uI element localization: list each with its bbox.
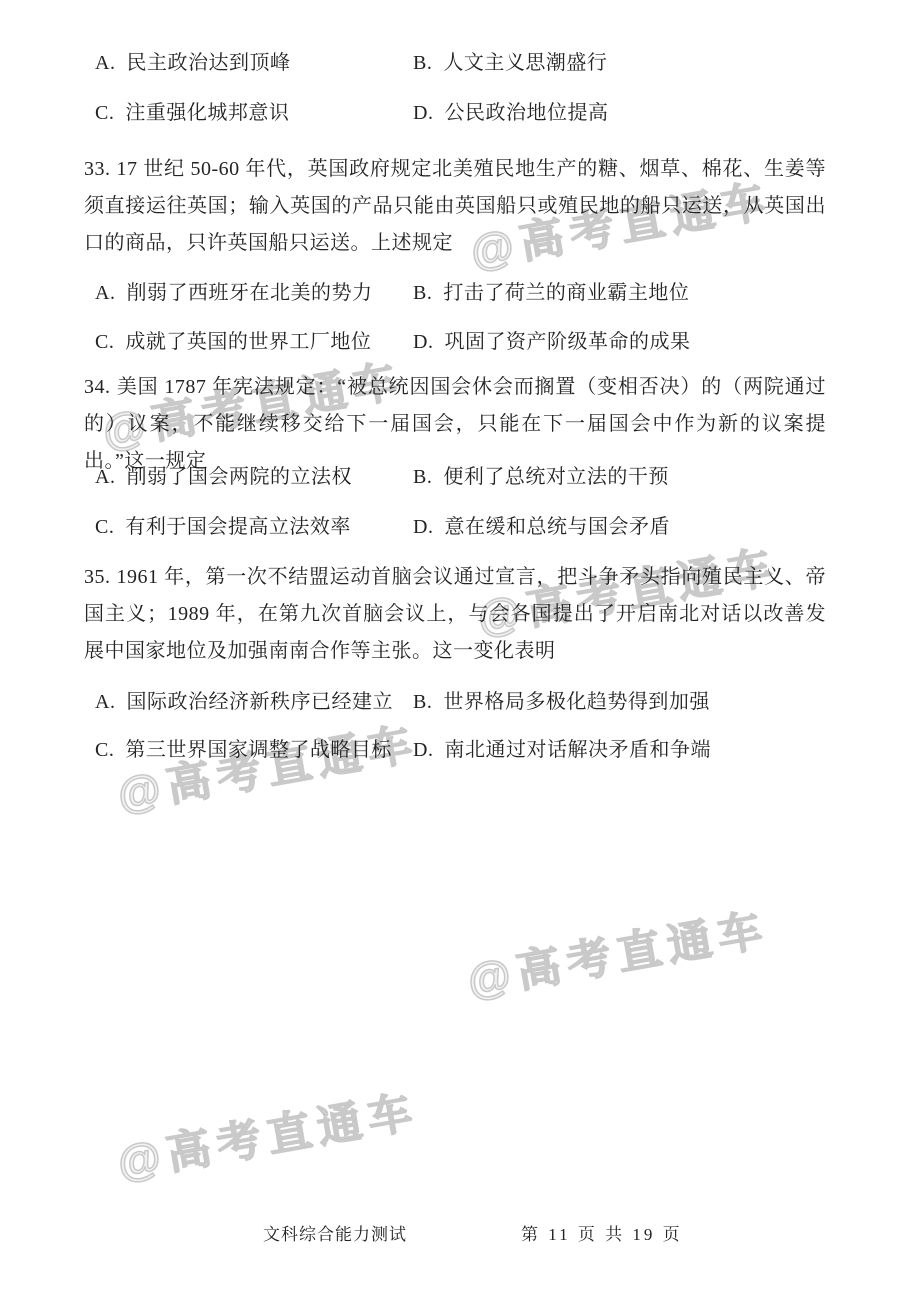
q33-option-b: B.打击了荷兰的商业霸主地位 <box>413 280 860 306</box>
option-text: 世界格局多极化趋势得到加强 <box>443 691 710 713</box>
watermark: @高考直通车 <box>462 893 773 1009</box>
option-text: 便利了总统对立法的干预 <box>443 466 669 488</box>
option-text: 公民政治地位提高 <box>444 102 608 124</box>
q35-option-b: B.世界格局多极化趋势得到加强 <box>413 689 860 715</box>
question-number: 33. <box>84 158 111 180</box>
footer-exam-title: 文科综合能力测试 <box>263 1220 407 1245</box>
option-text: 民主政治达到顶峰 <box>126 52 290 74</box>
question-number: 34. <box>84 376 111 398</box>
option-text: 巩固了资产阶级革命的成果 <box>444 331 690 353</box>
option-label: B. <box>413 282 432 304</box>
option-label: C. <box>95 331 114 353</box>
question-33-stem: 33.17 世纪 50-60 年代，英国政府规定北美殖民地生产的糖、烟草、棉花、… <box>84 151 826 262</box>
option-label: C. <box>95 516 114 538</box>
watermark: @高考直通车 <box>112 707 423 823</box>
option-label: A. <box>95 52 115 74</box>
q32-option-a: A.民主政治达到顶峰 <box>95 50 413 76</box>
option-label: B. <box>413 466 432 488</box>
option-label: B. <box>413 52 432 74</box>
q32-option-c: C.注重强化城邦意识 <box>95 100 413 126</box>
q35-option-d: D.南北通过对话解决矛盾和争端 <box>413 737 860 763</box>
footer-page-indicator: 第 11 页 共 19 页 <box>521 1220 683 1245</box>
q32-option-b: B.人文主义思潮盛行 <box>413 50 860 76</box>
option-text: 成就了英国的世界工厂地位 <box>125 331 371 353</box>
option-text: 南北通过对话解决矛盾和争端 <box>444 739 711 761</box>
option-text: 注重强化城邦意识 <box>125 102 289 124</box>
option-text: 有利于国会提高立法效率 <box>125 516 351 538</box>
question-text: 1961 年，第一次不结盟运动首脑会议通过宣言，把斗争矛头指向殖民主义、帝国主义… <box>84 566 826 662</box>
q32-option-d: D.公民政治地位提高 <box>413 100 860 126</box>
option-label: D. <box>413 331 433 353</box>
option-text: 削弱了西班牙在北美的势力 <box>126 282 372 304</box>
q33-option-d: D.巩固了资产阶级革命的成果 <box>413 329 860 355</box>
option-label: A. <box>95 691 115 713</box>
q34-option-c: C.有利于国会提高立法效率 <box>95 514 413 540</box>
watermark: @高考直通车 <box>112 1075 423 1191</box>
option-label: D. <box>413 102 433 124</box>
q34-options-row-ab: A.削弱了国会两院的立法权 B.便利了总统对立法的干预 <box>95 464 860 490</box>
option-text: 打击了荷兰的商业霸主地位 <box>443 282 689 304</box>
q34-options-row-cd: C.有利于国会提高立法效率 D.意在缓和总统与国会矛盾 <box>95 514 860 540</box>
question-text: 美国 1787 年宪法规定：“被总统因国会休会而搁置（变相否决）的（两院通过的）… <box>84 376 826 472</box>
q32-options-row-ab: A.民主政治达到顶峰 B.人文主义思潮盛行 <box>95 50 860 76</box>
question-35-stem: 35.1961 年，第一次不结盟运动首脑会议通过宣言，把斗争矛头指向殖民主义、帝… <box>84 559 826 670</box>
option-text: 国际政治经济新秩序已经建立 <box>126 691 393 713</box>
q33-option-c: C.成就了英国的世界工厂地位 <box>95 329 413 355</box>
q35-option-c: C.第三世界国家调整了战略目标 <box>95 737 413 763</box>
option-label: A. <box>95 466 115 488</box>
q32-options-row-cd: C.注重强化城邦意识 D.公民政治地位提高 <box>95 100 860 126</box>
question-text: 17 世纪 50-60 年代，英国政府规定北美殖民地生产的糖、烟草、棉花、生姜等… <box>84 158 826 254</box>
q34-option-d: D.意在缓和总统与国会矛盾 <box>413 514 860 540</box>
option-text: 第三世界国家调整了战略目标 <box>125 739 392 761</box>
option-label: D. <box>413 516 433 538</box>
q33-option-a: A.削弱了西班牙在北美的势力 <box>95 280 413 306</box>
option-label: C. <box>95 739 114 761</box>
q34-option-a: A.削弱了国会两院的立法权 <box>95 464 413 490</box>
option-text: 削弱了国会两院的立法权 <box>126 466 352 488</box>
option-text: 意在缓和总统与国会矛盾 <box>444 516 670 538</box>
q35-options-row-ab: A.国际政治经济新秩序已经建立 B.世界格局多极化趋势得到加强 <box>95 689 860 715</box>
q35-option-a: A.国际政治经济新秩序已经建立 <box>95 689 413 715</box>
option-label: C. <box>95 102 114 124</box>
option-label: B. <box>413 691 432 713</box>
option-text: 人文主义思潮盛行 <box>443 52 607 74</box>
question-number: 35. <box>84 566 111 588</box>
option-label: A. <box>95 282 115 304</box>
q34-option-b: B.便利了总统对立法的干预 <box>413 464 860 490</box>
q33-options-row-cd: C.成就了英国的世界工厂地位 D.巩固了资产阶级革命的成果 <box>95 329 860 355</box>
option-label: D. <box>413 739 433 761</box>
q35-options-row-cd: C.第三世界国家调整了战略目标 D.南北通过对话解决矛盾和争端 <box>95 737 860 763</box>
q33-options-row-ab: A.削弱了西班牙在北美的势力 B.打击了荷兰的商业霸主地位 <box>95 280 860 306</box>
exam-page: @高考直通车 @高考直通车 @高考直通车 @高考直通车 @高考直通车 @高考直通… <box>0 0 900 1297</box>
